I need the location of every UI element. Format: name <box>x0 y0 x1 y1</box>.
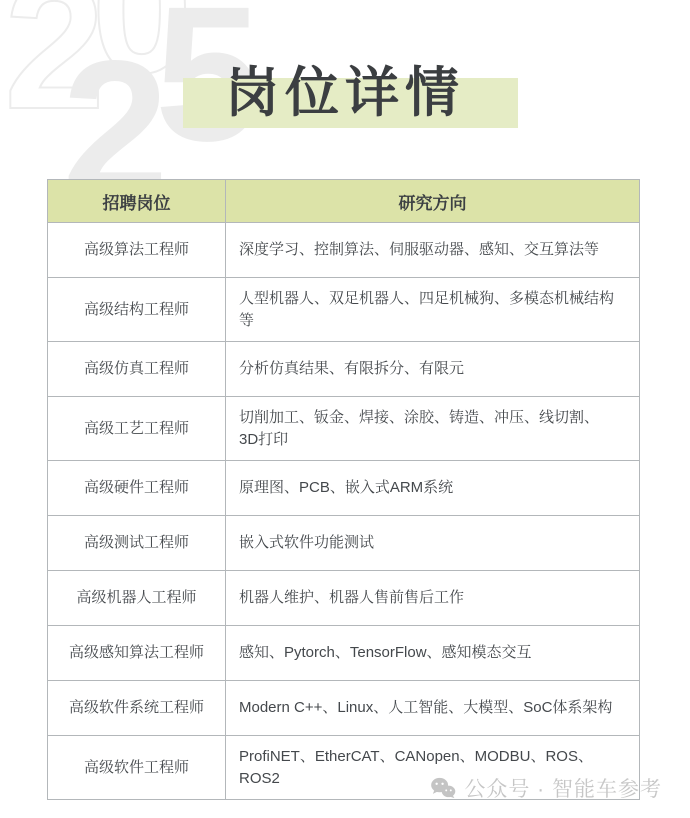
table-row: 高级算法工程师 深度学习、控制算法、伺服驱动器、感知、交互算法等 <box>48 223 640 278</box>
position-cell: 高级结构工程师 <box>48 278 226 342</box>
direction-cell: 分析仿真结果、有限拆分、有限元 <box>226 342 640 397</box>
position-cell: 高级软件工程师 <box>48 736 226 800</box>
column-header-position: 招聘岗位 <box>48 180 226 223</box>
table-row: 高级软件系统工程师 Modern C++、Linux、人工智能、大模型、SoC体… <box>48 681 640 736</box>
table-row: 高级结构工程师 人型机器人、双足机器人、四足机械狗、多模态机械结构 等 <box>48 278 640 342</box>
position-cell: 高级软件系统工程师 <box>48 681 226 736</box>
direction-cell: 原理图、PCB、嵌入式ARM系统 <box>226 461 640 516</box>
position-cell: 高级感知算法工程师 <box>48 626 226 681</box>
position-cell: 高级仿真工程师 <box>48 342 226 397</box>
table-row: 高级硬件工程师 原理图、PCB、嵌入式ARM系统 <box>48 461 640 516</box>
direction-cell: 人型机器人、双足机器人、四足机械狗、多模态机械结构 等 <box>226 278 640 342</box>
table-row: 高级仿真工程师 分析仿真结果、有限拆分、有限元 <box>48 342 640 397</box>
position-cell: 高级硬件工程师 <box>48 461 226 516</box>
table-row: 高级工艺工程师 切削加工、钣金、焊接、涂胶、铸造、冲压、线切割、 3D打印 <box>48 397 640 461</box>
column-header-direction: 研究方向 <box>226 180 640 223</box>
direction-cell: Modern C++、Linux、人工智能、大模型、SoC体系架构 <box>226 681 640 736</box>
title-section: 岗位详情 <box>0 0 690 160</box>
table-header-row: 招聘岗位 研究方向 <box>48 180 640 223</box>
direction-cell: ProfiNET、EtherCAT、CANopen、MODBU、ROS、 ROS… <box>226 736 640 800</box>
table-row: 高级测试工程师 嵌入式软件功能测试 <box>48 516 640 571</box>
table-row: 高级软件工程师 ProfiNET、EtherCAT、CANopen、MODBU、… <box>48 736 640 800</box>
position-cell: 高级测试工程师 <box>48 516 226 571</box>
direction-cell: 深度学习、控制算法、伺服驱动器、感知、交互算法等 <box>226 223 640 278</box>
direction-cell: 切削加工、钣金、焊接、涂胶、铸造、冲压、线切割、 3D打印 <box>226 397 640 461</box>
table-row: 高级感知算法工程师 感知、Pytorch、TensorFlow、感知模态交互 <box>48 626 640 681</box>
position-cell: 高级机器人工程师 <box>48 571 226 626</box>
direction-cell: 机器人维护、机器人售前售后工作 <box>226 571 640 626</box>
table-row: 高级机器人工程师 机器人维护、机器人售前售后工作 <box>48 571 640 626</box>
position-cell: 高级算法工程师 <box>48 223 226 278</box>
jobs-table: 招聘岗位 研究方向 高级算法工程师 深度学习、控制算法、伺服驱动器、感知、交互算… <box>47 179 640 800</box>
direction-cell: 感知、Pytorch、TensorFlow、感知模态交互 <box>226 626 640 681</box>
poster-page: { "page": { "title": "岗位详情", "year_water… <box>0 0 690 818</box>
direction-cell: 嵌入式软件功能测试 <box>226 516 640 571</box>
page-title: 岗位详情 <box>0 50 690 127</box>
position-cell: 高级工艺工程师 <box>48 397 226 461</box>
